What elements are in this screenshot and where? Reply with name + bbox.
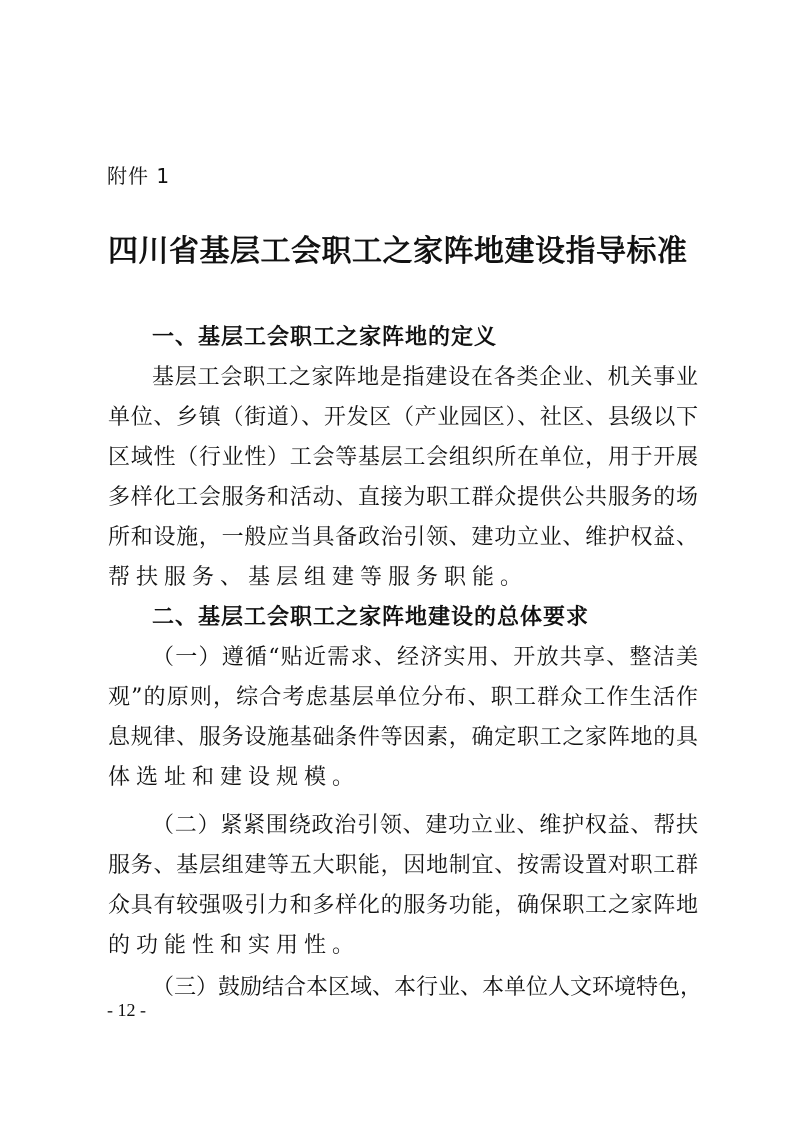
paragraph-line: （三）鼓励结合本区域、本行业、本单位人文环境特色， (152, 968, 698, 1008)
paragraph-line: 区域性（行业性）工会等基层工会组织所在单位，用于开展 (108, 438, 698, 478)
document-title: 四川省基层工会职工之家阵地建设指导标准 (108, 226, 698, 270)
paragraph-line: （一）遵循“贴近需求、经济实用、开放共享、整洁美 (152, 638, 698, 678)
paragraph-line: 体选址和建设规模。 (108, 758, 698, 798)
page-number: - 12 - (107, 1000, 146, 1021)
section-heading-1: 一、基层工会职工之家阵地的定义 (152, 318, 497, 358)
paragraph-line: 服务、基层组建等五大职能，因地制宜、按需设置对职工群 (108, 846, 698, 886)
section-heading-2: 二、基层工会职工之家阵地建设的总体要求 (152, 598, 589, 638)
paragraph-line: 多样化工会服务和活动、直接为职工群众提供公共服务的场 (108, 478, 698, 518)
paragraph-line: 所和设施，一般应当具备政治引领、建功立业、维护权益、 (108, 518, 698, 558)
paragraph-line: 息规律、服务设施基础条件等因素，确定职工之家阵地的具 (108, 718, 698, 758)
paragraph-line: （二）紧紧围绕政治引领、建功立业、维护权益、帮扶 (152, 806, 698, 846)
paragraph-line: 帮扶服务、基层组建等服务职能。 (108, 558, 698, 598)
paragraph-line: 基层工会职工之家阵地是指建设在各类企业、机关事业 (152, 358, 698, 398)
paragraph-line: 的功能性和实用性。 (108, 926, 698, 966)
paragraph-line: 单位、乡镇（街道）、开发区（产业园区）、社区、县级以下 (108, 398, 698, 438)
attachment-label: 附件 1 (107, 160, 170, 189)
document-page: 附件 1 四川省基层工会职工之家阵地建设指导标准 一、基层工会职工之家阵地的定义… (0, 0, 793, 1122)
paragraph-line: 观”的原则，综合考虑基层单位分布、职工群众工作生活作 (108, 678, 698, 718)
paragraph-line: 众具有较强吸引力和多样化的服务功能，确保职工之家阵地 (108, 886, 698, 926)
